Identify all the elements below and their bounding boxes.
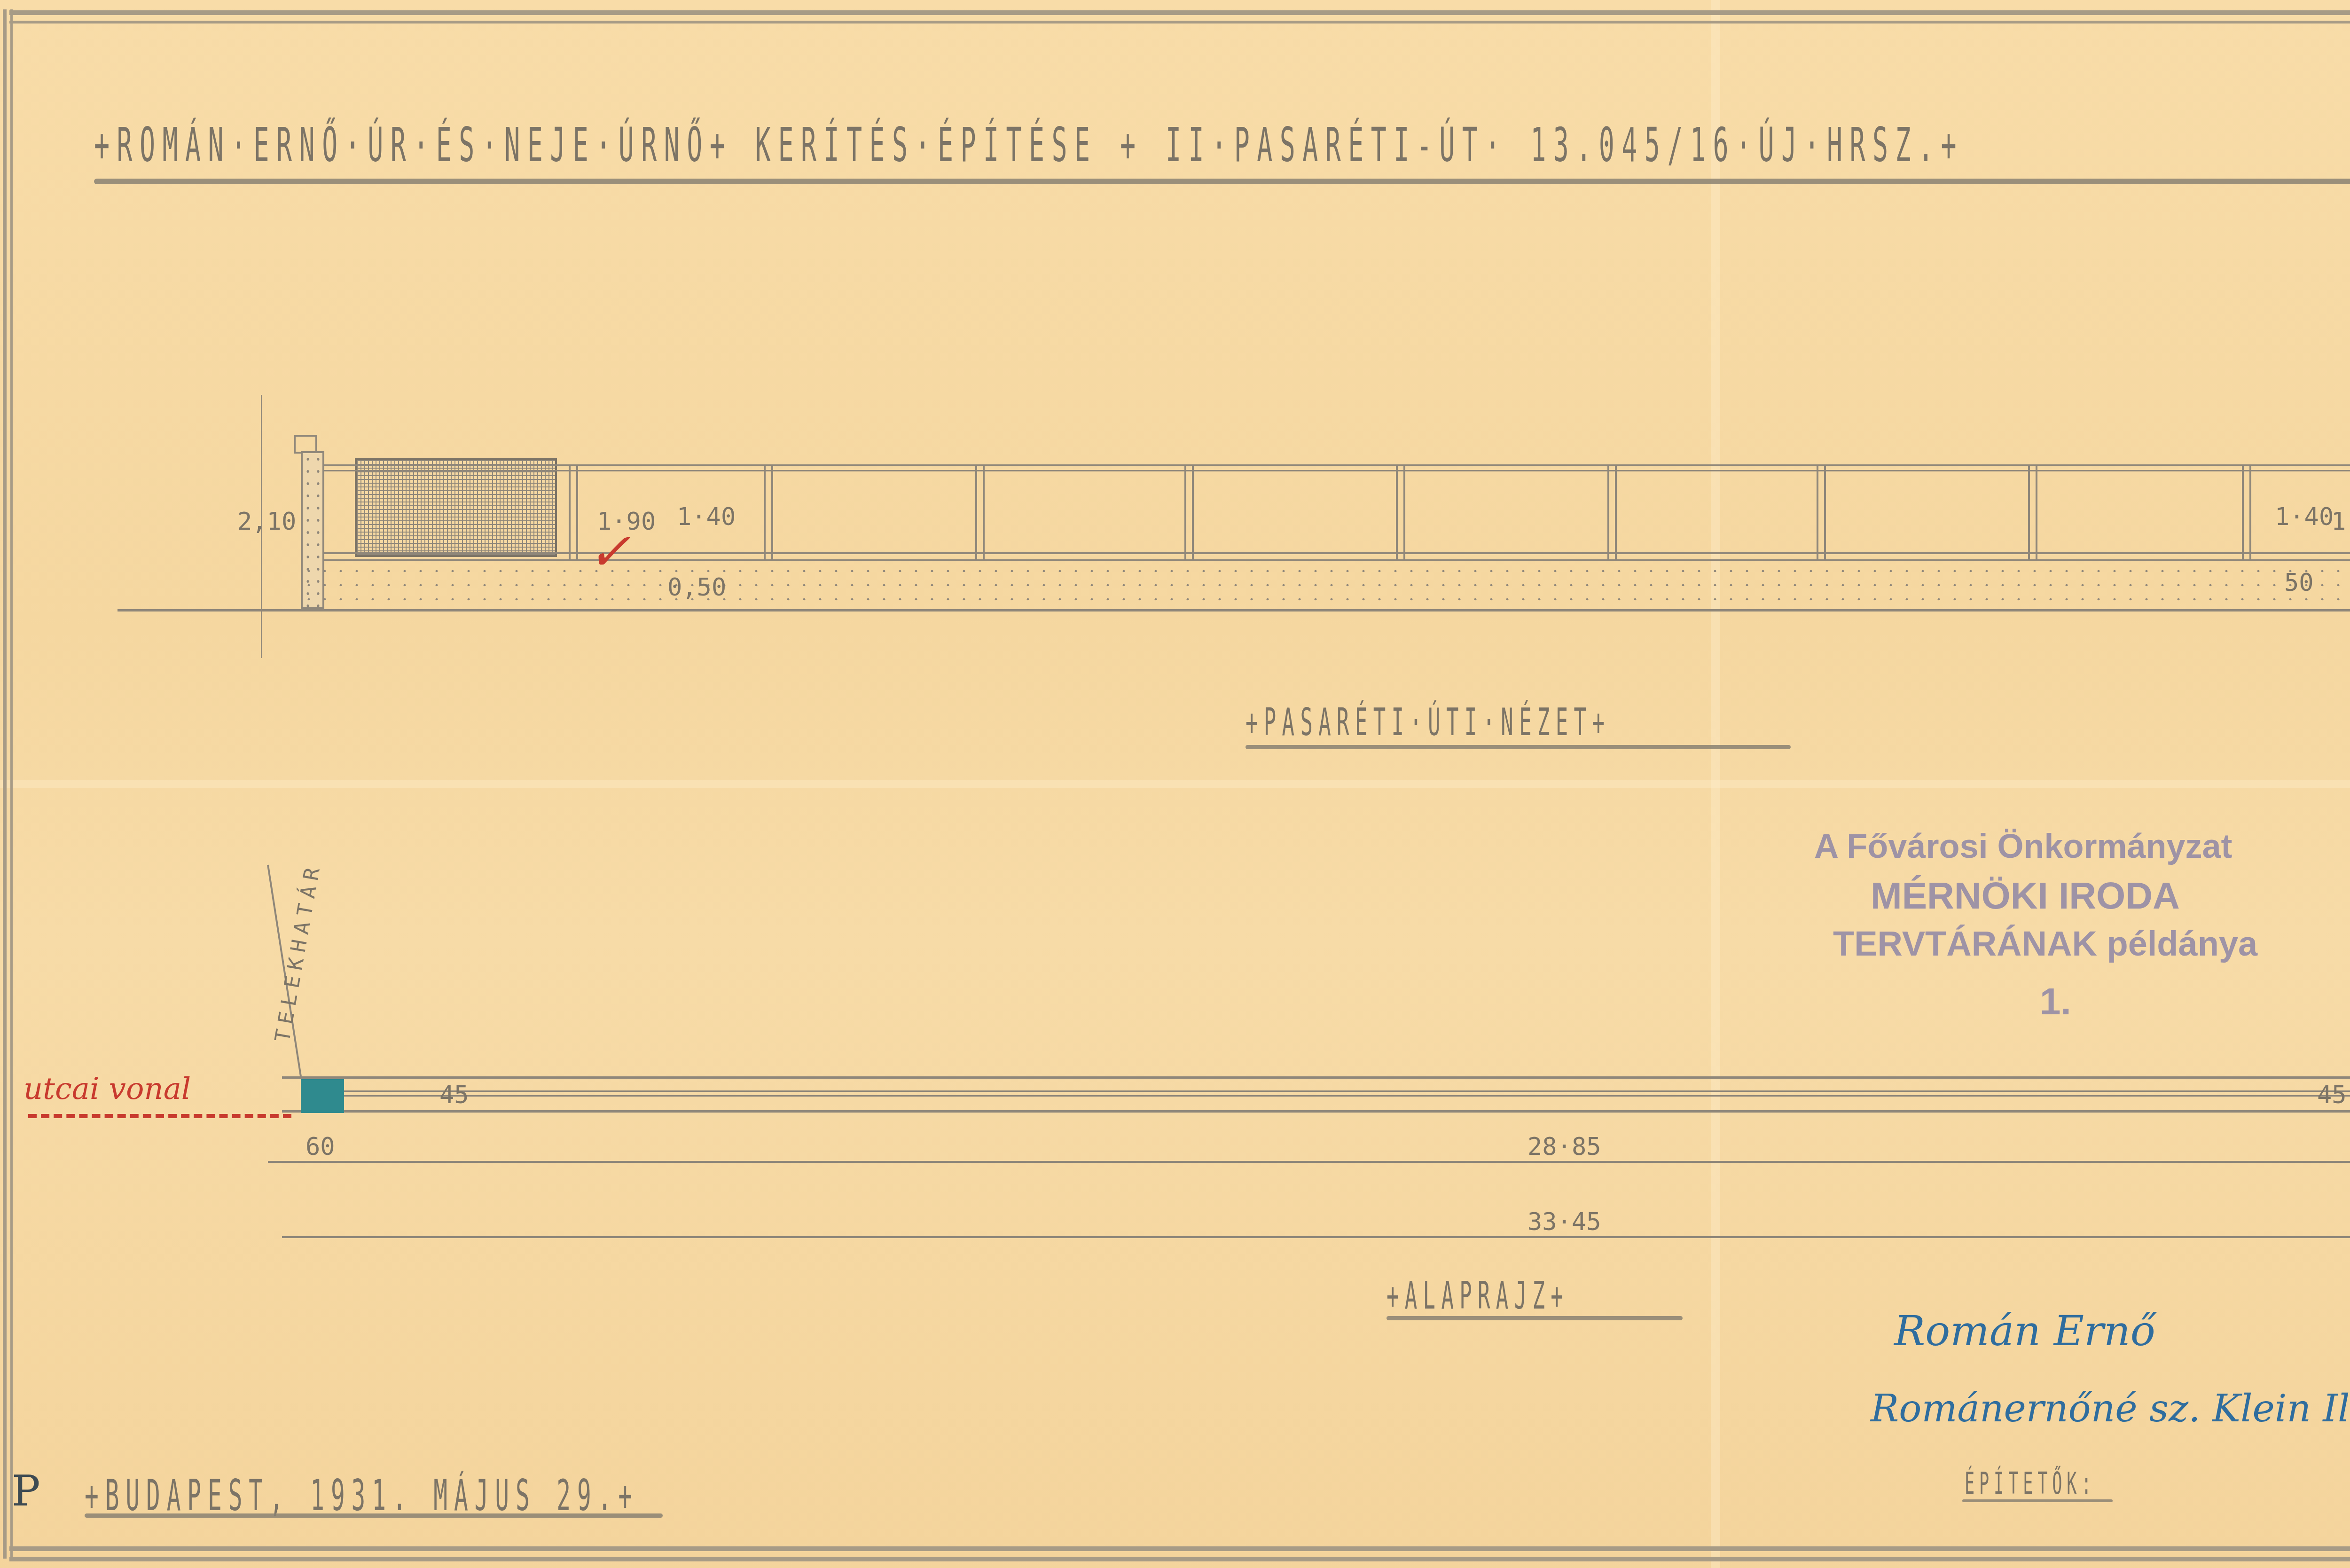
office-stamp-line4: 1. bbox=[2040, 980, 2071, 1023]
dim-line-33-45 bbox=[282, 1236, 2350, 1238]
plan-caption: +ALAPRAJZ+ bbox=[1386, 1274, 1569, 1317]
fence-post bbox=[1184, 465, 1194, 559]
fence-post bbox=[2242, 465, 2251, 559]
fence-post bbox=[1396, 465, 1405, 559]
frame-top-inner bbox=[9, 21, 2350, 24]
fence-post bbox=[975, 465, 985, 559]
date-underline bbox=[85, 1513, 663, 1518]
elevation-caption-underline bbox=[1245, 745, 1791, 749]
red-check-mark: ✓ bbox=[587, 522, 631, 582]
dim-rail-height-left: 1·40 bbox=[677, 503, 736, 531]
dim-rail-height-right: 1·40 bbox=[2275, 503, 2334, 531]
signature-builder1: Román Ernő bbox=[1894, 1307, 2155, 1355]
office-stamp-line1: A Fővárosi Önkormányzat bbox=[1814, 827, 2232, 866]
dim-base-left: 0,50 bbox=[667, 573, 726, 602]
dim-base-right: 50 bbox=[2284, 569, 2314, 597]
dim-total-height: 2,10 bbox=[237, 508, 296, 536]
fence-post bbox=[764, 465, 773, 559]
street-line-label: utcai vonal bbox=[23, 1072, 191, 1106]
dim-offset-left: 45 bbox=[439, 1081, 469, 1109]
office-stamp-line3: TERVTÁRÁNAK példánya bbox=[1833, 924, 2257, 964]
fence-post bbox=[1607, 465, 1617, 559]
street-line-red bbox=[28, 1114, 291, 1118]
frame-left bbox=[3, 9, 7, 1559]
pier-cap bbox=[294, 435, 317, 454]
office-stamp-line2: MÉRNÖKI IRODA bbox=[1871, 874, 2180, 917]
archive-mark: P bbox=[12, 1466, 40, 1516]
frame-bottom bbox=[9, 1546, 2350, 1551]
plan-line-mid bbox=[301, 1090, 2350, 1092]
top-rail-2 bbox=[324, 470, 2350, 471]
dim-fence-length: 28·85 bbox=[1527, 1133, 1601, 1161]
fence-post bbox=[1817, 465, 1826, 559]
builders-underline bbox=[1962, 1499, 2113, 1502]
top-rail bbox=[324, 464, 2350, 466]
dim-line-28-85 bbox=[268, 1161, 2350, 1163]
elevation-caption: +PASARÉTI·ÚTI·NÉZET+ bbox=[1245, 700, 1610, 744]
title-underline bbox=[94, 179, 2350, 184]
dim-total-length: 33·45 bbox=[1527, 1208, 1601, 1236]
dim-pier-left: 60 bbox=[305, 1133, 335, 1161]
ground-line bbox=[117, 609, 2350, 612]
gate-grille-left bbox=[355, 458, 557, 557]
frame-top bbox=[9, 10, 2350, 15]
drawing-title: +ROMÁN·ERNŐ·ÚR·ÉS·NEJE·ÚRNŐ+ KERÍTÉS·ÉPÍ… bbox=[94, 118, 1964, 172]
signature-builder2: Románernőné sz. Klein Ilonka bbox=[1871, 1387, 2350, 1430]
plan-caption-underline bbox=[1386, 1316, 1683, 1320]
fence-post bbox=[2028, 465, 2037, 559]
pier-plan-left bbox=[301, 1079, 344, 1113]
dim-panel-height-right: 1·90 bbox=[2331, 508, 2350, 536]
plan-line-top bbox=[282, 1076, 2350, 1079]
fold-line bbox=[0, 780, 2350, 788]
dim-offset-right: 45 bbox=[2317, 1081, 2347, 1109]
plan-line-mid-2 bbox=[301, 1095, 2350, 1097]
plan-line-bottom bbox=[282, 1110, 2350, 1113]
fence-post bbox=[569, 465, 578, 559]
frame-left-inner bbox=[10, 9, 13, 1559]
builders-label: ÉPÍTETŐK: bbox=[1965, 1466, 2096, 1501]
frame-bottom-outer bbox=[9, 1557, 2350, 1561]
